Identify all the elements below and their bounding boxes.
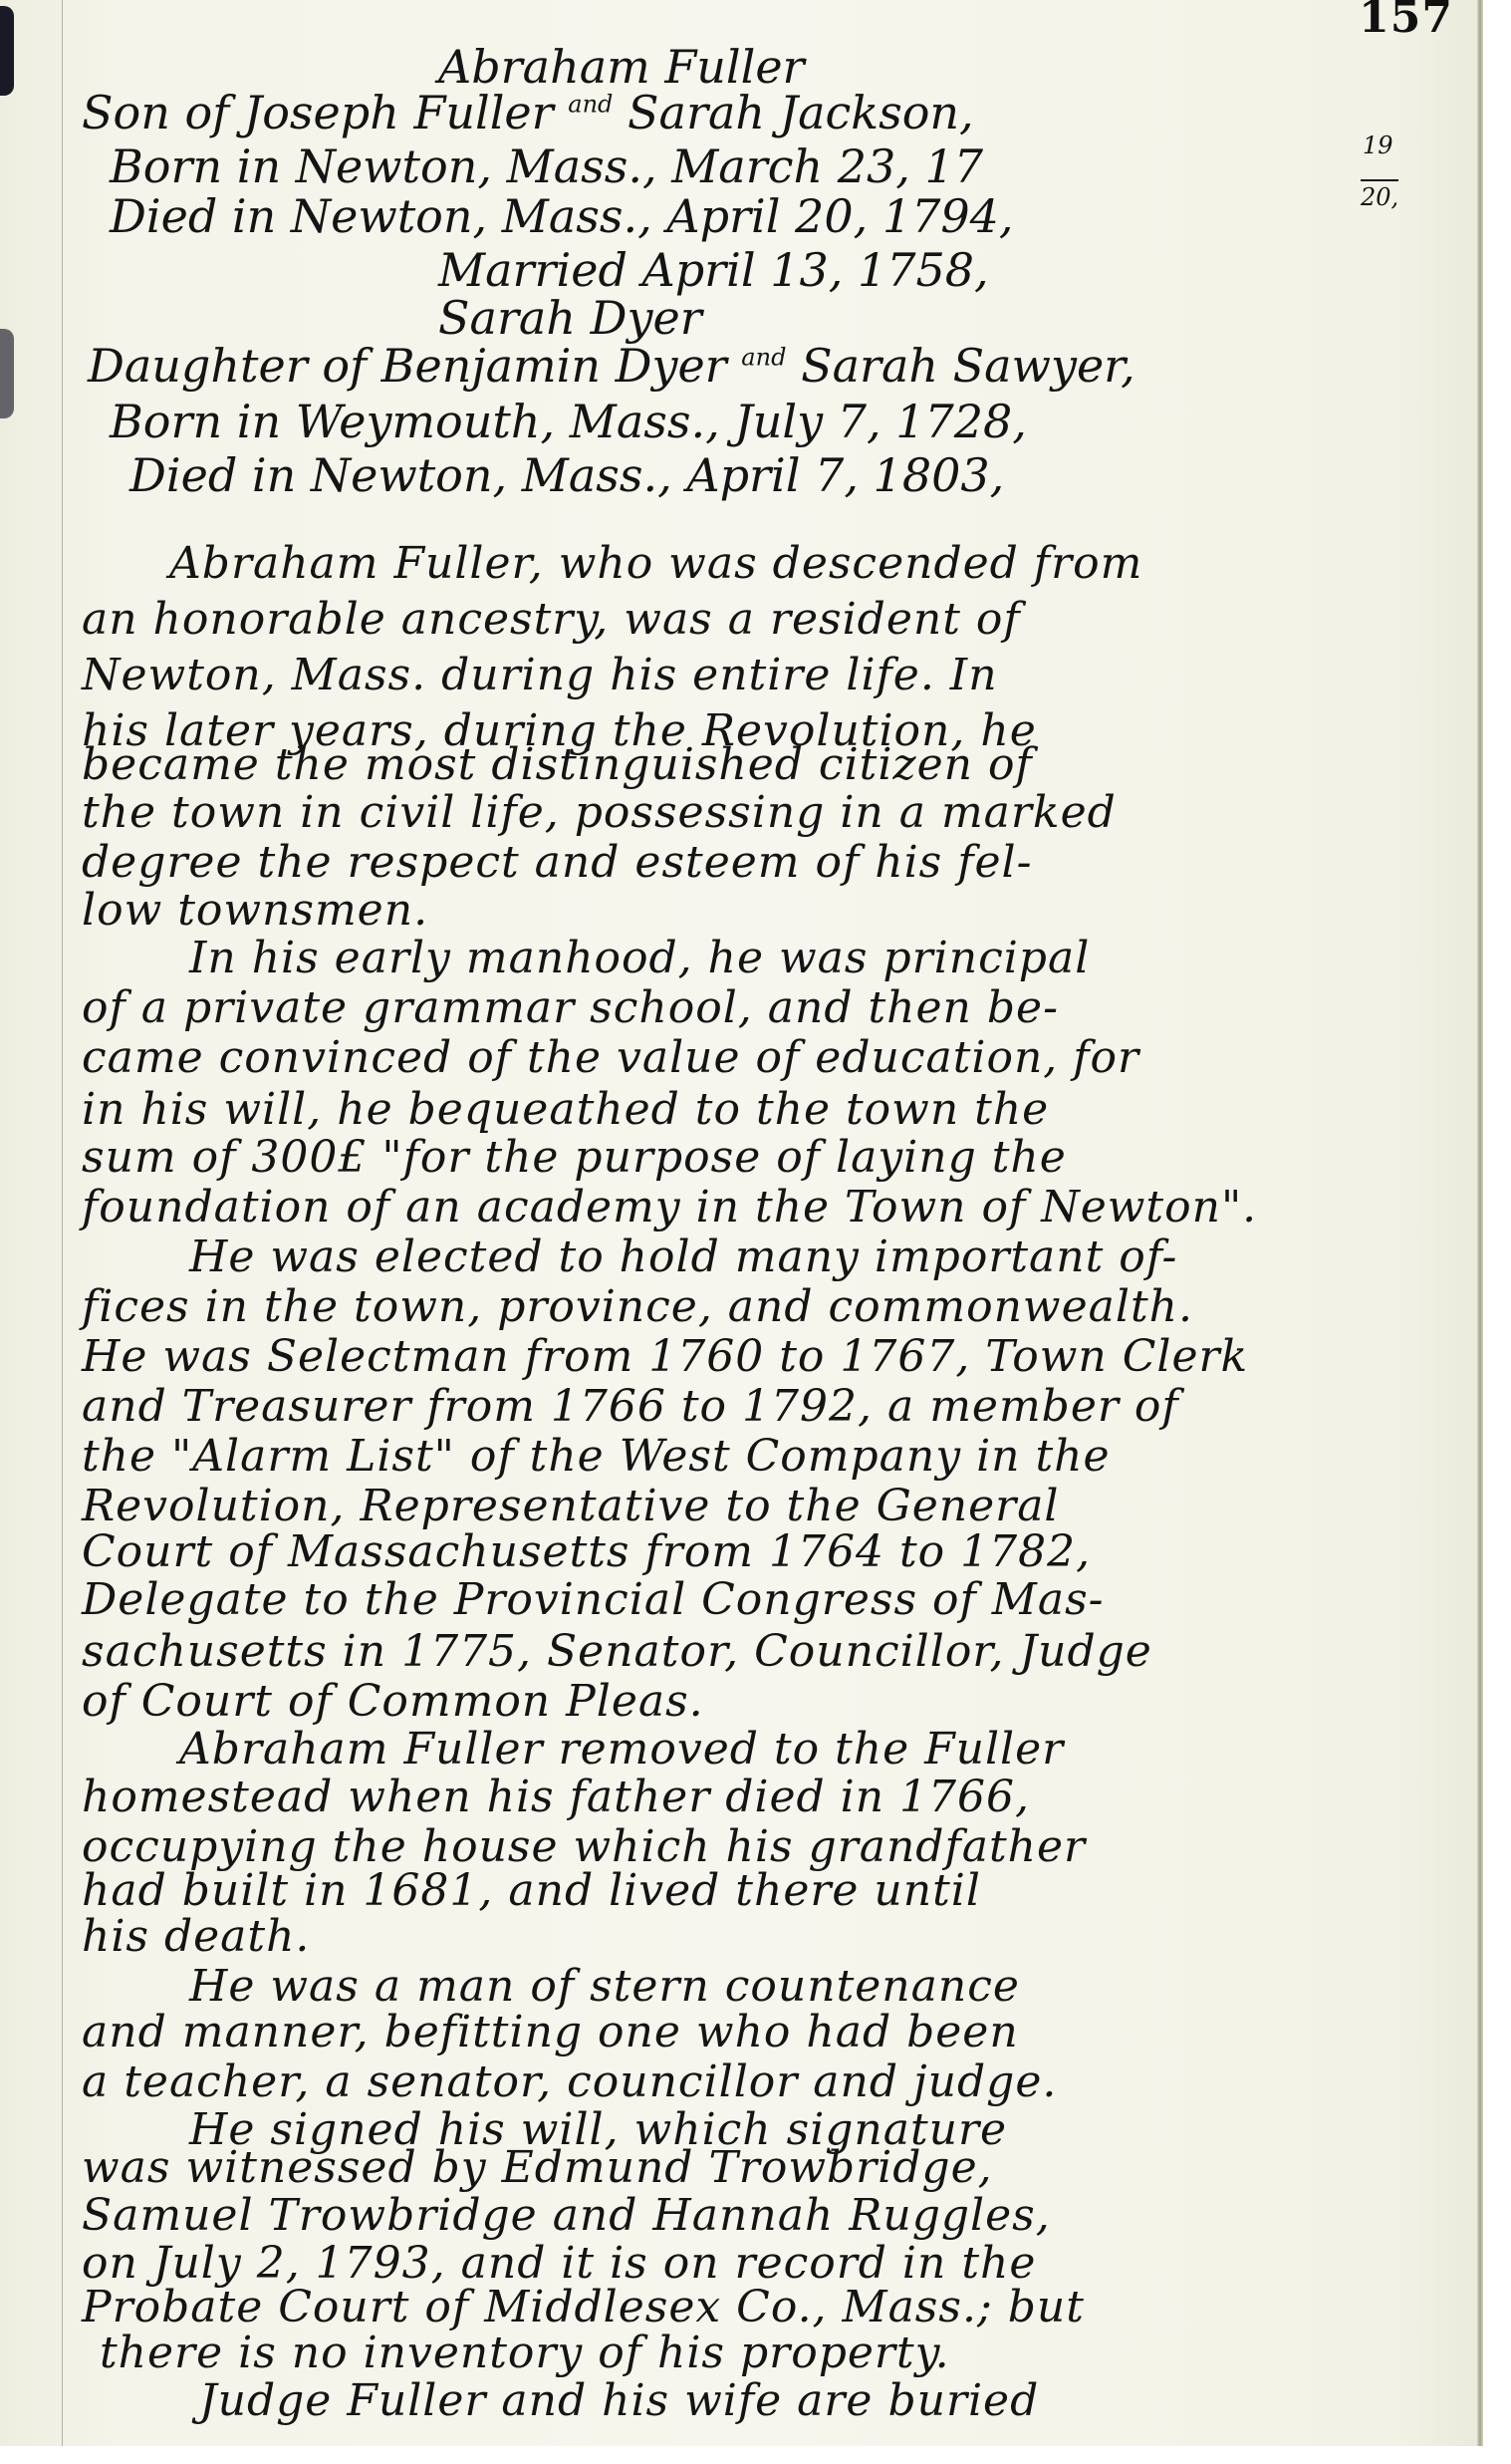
body-line: of a private grammar school, and then be… <box>82 982 1059 1033</box>
body-line: an honorable ancestry, was a resident of <box>82 594 1021 645</box>
body-line: had built in 1681, and lived there until <box>82 1865 981 1916</box>
scan-border <box>1483 0 1511 2464</box>
body-line: Probate Court of Middlesex Co., Mass.; b… <box>82 2282 1085 2332</box>
body-line: in his will, he bequeathed to the town t… <box>82 1084 1049 1135</box>
body-line: of Court of Common Pleas. <box>82 1676 704 1727</box>
body-line: came convinced of the value of education… <box>82 1032 1139 1083</box>
body-line: and Treasurer from 1766 to 1792, a membe… <box>82 1381 1179 1432</box>
body-line: the town in civil life, possessing in a … <box>82 787 1117 838</box>
born-year-alt-top: 19 <box>1363 132 1393 159</box>
page-number: 157 <box>1359 0 1453 43</box>
body-line: became the most distinguished citizen of <box>82 739 1033 790</box>
body-line: foundation of an academy in the Town of … <box>82 1182 1257 1232</box>
body-line: Samuel Trowbridge and Hannah Ruggles, <box>82 2190 1051 2241</box>
body-line: Judge Fuller and his wife are buried <box>199 2375 1039 2426</box>
spouse-parents-line: Daughter of Benjamin Dyer and Sarah Sawy… <box>88 339 1135 393</box>
parents-line: Son of Joseph Fuller and Sarah Jackson, <box>82 86 974 139</box>
spouse-died-line: Died in Newton, Mass., April 7, 1803, <box>129 448 1004 502</box>
margin-rule-line <box>62 0 63 2464</box>
binding-ring-mark <box>0 329 14 418</box>
died-line: Died in Newton, Mass., April 20, 1794, <box>110 189 1014 243</box>
body-line: sachusetts in 1775, Senator, Councillor,… <box>82 1626 1152 1677</box>
body-line: low townsmen. <box>82 885 428 936</box>
body-line: He was a man of stern countenance <box>189 1961 1020 2012</box>
binding-ring-mark <box>0 6 14 96</box>
body-line: In his early manhood, he was principal <box>189 933 1090 983</box>
body-line: Newton, Mass. during his entire life. In <box>82 650 998 700</box>
spouse-parents-mother: Sarah Sawyer, <box>801 339 1135 393</box>
body-line: sum of 300£ "for the purpose of laying t… <box>82 1132 1067 1183</box>
body-line: the "Alarm List" of the West Company in … <box>82 1431 1111 1482</box>
spouse-name: Sarah Dyer <box>438 291 702 345</box>
body-line: Abraham Fuller, who was descended from <box>169 538 1142 589</box>
body-line: a teacher, a senator, councillor and jud… <box>82 2056 1057 2107</box>
body-line: degree the respect and esteem of his fel… <box>82 837 1033 888</box>
parents-prefix: Son of Joseph Fuller <box>82 86 554 139</box>
body-line: there is no inventory of his property. <box>100 2327 950 2378</box>
body-line: homestead when his father died in 1766, <box>82 1772 1030 1822</box>
body-line: Abraham Fuller removed to the Fuller <box>179 1724 1064 1775</box>
born-line: Born in Newton, Mass., March 23, 17 <box>110 139 983 193</box>
born-year-alt-bottom: 20, <box>1361 179 1398 211</box>
spouse-parents-conj: and <box>741 344 786 372</box>
body-line: fices in the town, province, and commonw… <box>82 1281 1193 1332</box>
body-line: and manner, befitting one who had been <box>82 2007 1019 2057</box>
scan-border <box>0 2446 1511 2464</box>
body-line: He was elected to hold many important of… <box>189 1232 1177 1282</box>
body-line: Revolution, Representative to the Genera… <box>82 1481 1060 1531</box>
body-line: Court of Massachusetts from 1764 to 1782… <box>82 1526 1091 1577</box>
parents-mother: Sarah Jackson, <box>628 86 974 139</box>
body-line: his death. <box>82 1911 310 1962</box>
ledger-page: 157 Abraham Fuller Son of Joseph Fuller … <box>0 0 1511 2464</box>
spouse-parents-prefix: Daughter of Benjamin Dyer <box>88 339 727 393</box>
body-line: was witnessed by Edmund Trowbridge, <box>82 2142 993 2193</box>
body-line: He was Selectman from 1760 to 1767, Town… <box>82 1331 1248 1382</box>
parents-conj: and <box>568 91 613 119</box>
body-line: Delegate to the Provincial Congress of M… <box>82 1574 1105 1625</box>
spouse-born-line: Born in Weymouth, Mass., July 7, 1728, <box>110 395 1027 448</box>
married-line: Married April 13, 1758, <box>438 243 989 297</box>
